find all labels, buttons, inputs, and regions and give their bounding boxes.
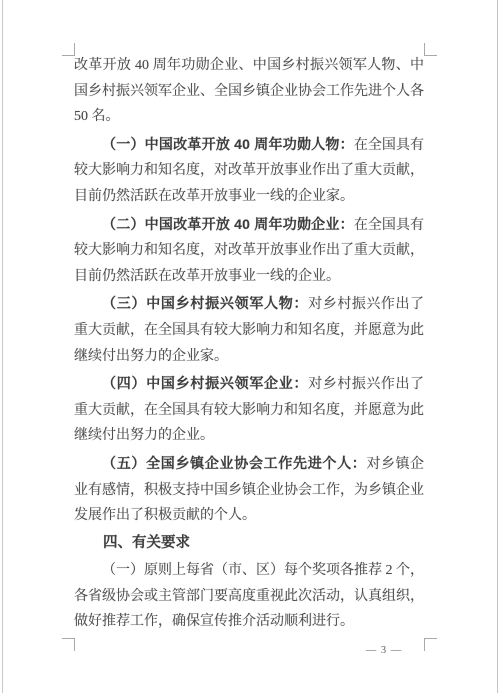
page-left-edge-line	[2, 0, 3, 693]
paragraph-continued-from-previous-page: 改革开放 40 周年功勋企业、中国乡村振兴领军人物、中国乡村振兴领军企业、全国乡…	[74, 53, 424, 130]
requirements-paragraph-text: （一）原则上每省（市、区）每个奖项各推荐 2 个，各省级协会或主管部门要高度重视…	[74, 563, 424, 629]
award-definition-1: （一）中国改革开放 40 周年功勋人物：在全国具有较大影响力和知名度，对改革开放…	[74, 132, 424, 210]
award-definition-1-title: （一）中国改革开放 40 周年功勋人物：	[102, 136, 354, 152]
award-definition-2: （二）中国改革开放 40 周年功勋企业：在全国具有较大影响力和知名度，对改革开放…	[74, 212, 424, 290]
section-heading-requirements: 四、有关要求	[74, 531, 424, 557]
award-definition-2-title: （二）中国改革开放 40 周年功勋企业：	[102, 216, 354, 232]
text-boundary-mark-bottom-left	[62, 638, 75, 651]
requirements-paragraph: （一）原则上每省（市、区）每个奖项各推荐 2 个，各省级协会或主管部门要高度重视…	[74, 558, 424, 635]
page-right-edge-line	[497, 0, 498, 693]
award-definition-3-title: （三）中国乡村振兴领军人物：	[102, 295, 308, 311]
paragraph-text: 改革开放 40 周年功勋企业、中国乡村振兴领军人物、中国乡村振兴领军企业、全国乡…	[74, 58, 424, 124]
page-number: — 3 —	[358, 645, 410, 656]
text-boundary-mark-top-right	[424, 43, 437, 56]
document-page: 改革开放 40 周年功勋企业、中国乡村振兴领军人物、中国乡村振兴领军企业、全国乡…	[0, 0, 500, 693]
award-definition-4: （四）中国乡村振兴领军企业：对乡村振兴作出了重大贡献，在全国具有较大影响力和知名…	[74, 371, 424, 449]
award-definition-3: （三）中国乡村振兴领军人物：对乡村振兴作出了重大贡献，在全国具有较大影响力和知名…	[74, 291, 424, 369]
award-definition-4-title: （四）中国乡村振兴领军企业：	[102, 375, 308, 391]
document-body-text: 改革开放 40 周年功勋企业、中国乡村振兴领军人物、中国乡村振兴领军企业、全国乡…	[74, 53, 424, 635]
award-definition-5: （五）全国乡镇企业协会工作先进个人：对乡镇企业有感情，积极支持中国乡镇企业协会工…	[74, 451, 424, 529]
award-definition-5-title: （五）全国乡镇企业协会工作先进个人：	[102, 455, 367, 471]
text-boundary-mark-bottom-right	[424, 638, 437, 651]
